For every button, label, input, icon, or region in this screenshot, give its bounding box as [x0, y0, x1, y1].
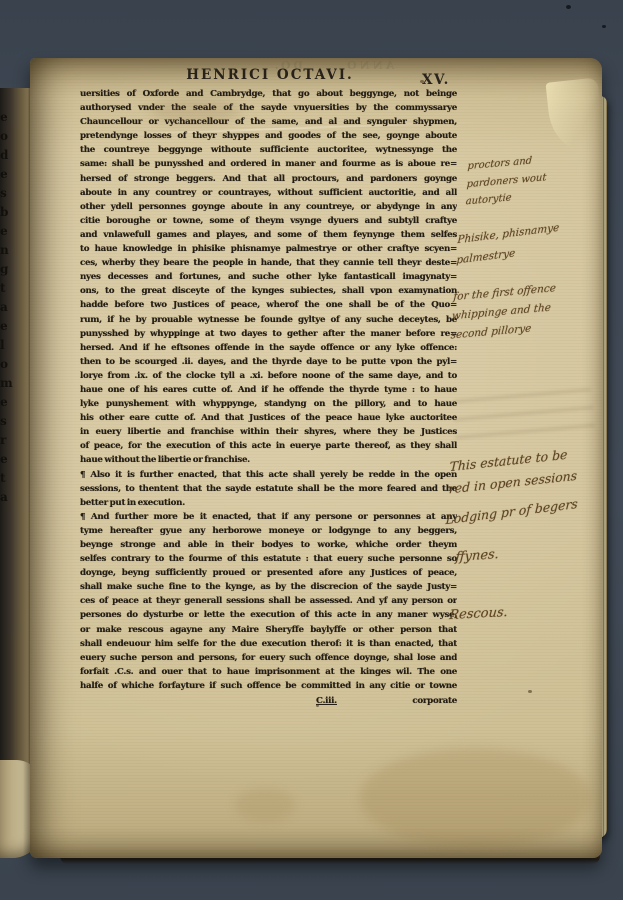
body-line: hersed of stronge beggers. And that all …	[80, 172, 457, 186]
body-line: ces of peace at theyr generall sessions …	[80, 594, 457, 608]
marginal-note-lodging: Lodging pr of begers	[445, 496, 578, 527]
body-line: sessions, to thentent that the sayde est…	[80, 482, 457, 496]
body-line: forfait .C.s. and ouer that to haue impr…	[80, 665, 457, 679]
marginal-note-proctors: proctors and pardoners wout autorytie	[465, 151, 548, 211]
catchword: corporate	[412, 694, 457, 708]
body-line: or make rescous agayne any Maire Sheryff…	[80, 623, 457, 637]
page-corner-curl	[545, 77, 604, 152]
body-line: in euery libertie and franchise within t…	[80, 425, 457, 439]
body-line-list: uersities of Oxforde and Cambrydge, that…	[80, 87, 457, 693]
photo-backdrop: { "page": { "header": { "title": "HENRIC…	[0, 0, 623, 900]
marginal-note-fynes: ffynes.	[455, 547, 499, 565]
signature-catchword-row: C.iii. corporate	[80, 694, 457, 708]
body-line: punysshed by whyppinge at two dayes to g…	[80, 327, 457, 341]
printed-body-text: uersities of Oxforde and Cambrydge, that…	[80, 87, 457, 708]
body-line: ces, wherby they beare the people in han…	[80, 256, 457, 270]
marginal-note-estatute: This estatute to be red in open sessions	[448, 443, 578, 501]
body-line: halfe of whiche forfayture if such offen…	[80, 679, 457, 693]
folio-page-number: XV.	[422, 72, 450, 88]
body-line: rum, if he by prouable wytnesse be found…	[80, 313, 457, 327]
body-line: selfes contrary to the fourme of this es…	[80, 552, 457, 566]
body-line: his other eare cutte of. And that Justic…	[80, 411, 457, 425]
backdrop-speck	[566, 5, 571, 9]
body-line: lorye from .ix. of the clocke tyll a .xi…	[80, 369, 457, 383]
running-header-title: HENRICI OCTAVI.	[182, 67, 358, 83]
body-line: uersities of Oxforde and Cambrydge, that…	[80, 87, 457, 101]
body-line: aboute in any countrey or countrayes, wi…	[80, 186, 457, 200]
ink-fleck	[316, 704, 319, 707]
body-line: hadde before two Justices of peace, wher…	[80, 298, 457, 312]
ink-fleck	[420, 80, 424, 83]
ink-fleck	[528, 690, 532, 693]
body-line: ons, to the great disceyte of the kynges…	[80, 284, 457, 298]
signature-mark: C.iii.	[316, 694, 337, 708]
body-line: nyes decesses and fortunes, and suche ot…	[80, 270, 457, 284]
body-line: same: shall be punysshed and ordered in …	[80, 157, 457, 171]
body-line: shall make suche fine to the kynge, as b…	[80, 580, 457, 594]
body-line: the countreye beggynge withoute sufficie…	[80, 143, 457, 157]
body-line: persones do dysturbe or lette the execut…	[80, 608, 457, 622]
body-line: better put in execution.	[80, 496, 457, 510]
body-line: ¶ And further more be it enacted, that i…	[80, 510, 457, 524]
body-line: to haue knowledge in phisike phisnamye p…	[80, 242, 457, 256]
marginal-note-phisike: Phisike, phisnamye palmestrye	[456, 218, 560, 271]
book-page: ANNO DO. HENRICI OCTAVI. XV. uersities o…	[30, 58, 602, 858]
body-line: doynge, beyng sufficiently proued or pre…	[80, 566, 457, 580]
body-line: authorysed vnder the seale of the sayde …	[80, 101, 457, 115]
body-line: other ydell personnes goynge aboute in a…	[80, 200, 457, 214]
backdrop-speck	[602, 25, 606, 28]
body-line: haue one of his eares cutte of. And if h…	[80, 383, 457, 397]
paper-stain	[360, 748, 590, 848]
body-line: hersed. And if he eftsones offende in th…	[80, 341, 457, 355]
body-line: beynge stronge and able in their bodyes …	[80, 538, 457, 552]
marginal-note-rescous: Rescous.	[449, 605, 509, 623]
body-line: haue without the libertie or franchise.	[80, 453, 457, 467]
body-line: ¶ Also it is further enacted, that this …	[80, 468, 457, 482]
body-line: euery suche person and persons, for euer…	[80, 651, 457, 665]
body-line: citie boroughe or towne, some of theym v…	[80, 214, 457, 228]
body-line: pretendynge losses of theyr shyppes and …	[80, 129, 457, 143]
body-line: lyke punyshement with whyppynge, standyn…	[80, 397, 457, 411]
book-gutter: e o d e s b e n g t a e l o m e s r e t …	[0, 88, 34, 766]
body-line: and vnlawefull games and playes, and som…	[80, 228, 457, 242]
body-line: of peace, for the execution of this acte…	[80, 439, 457, 453]
paper-stain	[235, 788, 295, 822]
body-line: then to be scourged .ii. dayes, and the …	[80, 355, 457, 369]
marginal-note-first-offence: for the first offence whippinge and the …	[450, 279, 557, 346]
body-line: shall endeuour him selfe for the due exe…	[80, 637, 457, 651]
body-line: Chauncellour or vychancellour of the sam…	[80, 115, 457, 129]
body-line: tyme hereafter gyue any herborowe moneye…	[80, 524, 457, 538]
facing-page-text-fragments: e o d e s b e n g t a e l o m e s r e t …	[0, 108, 15, 507]
